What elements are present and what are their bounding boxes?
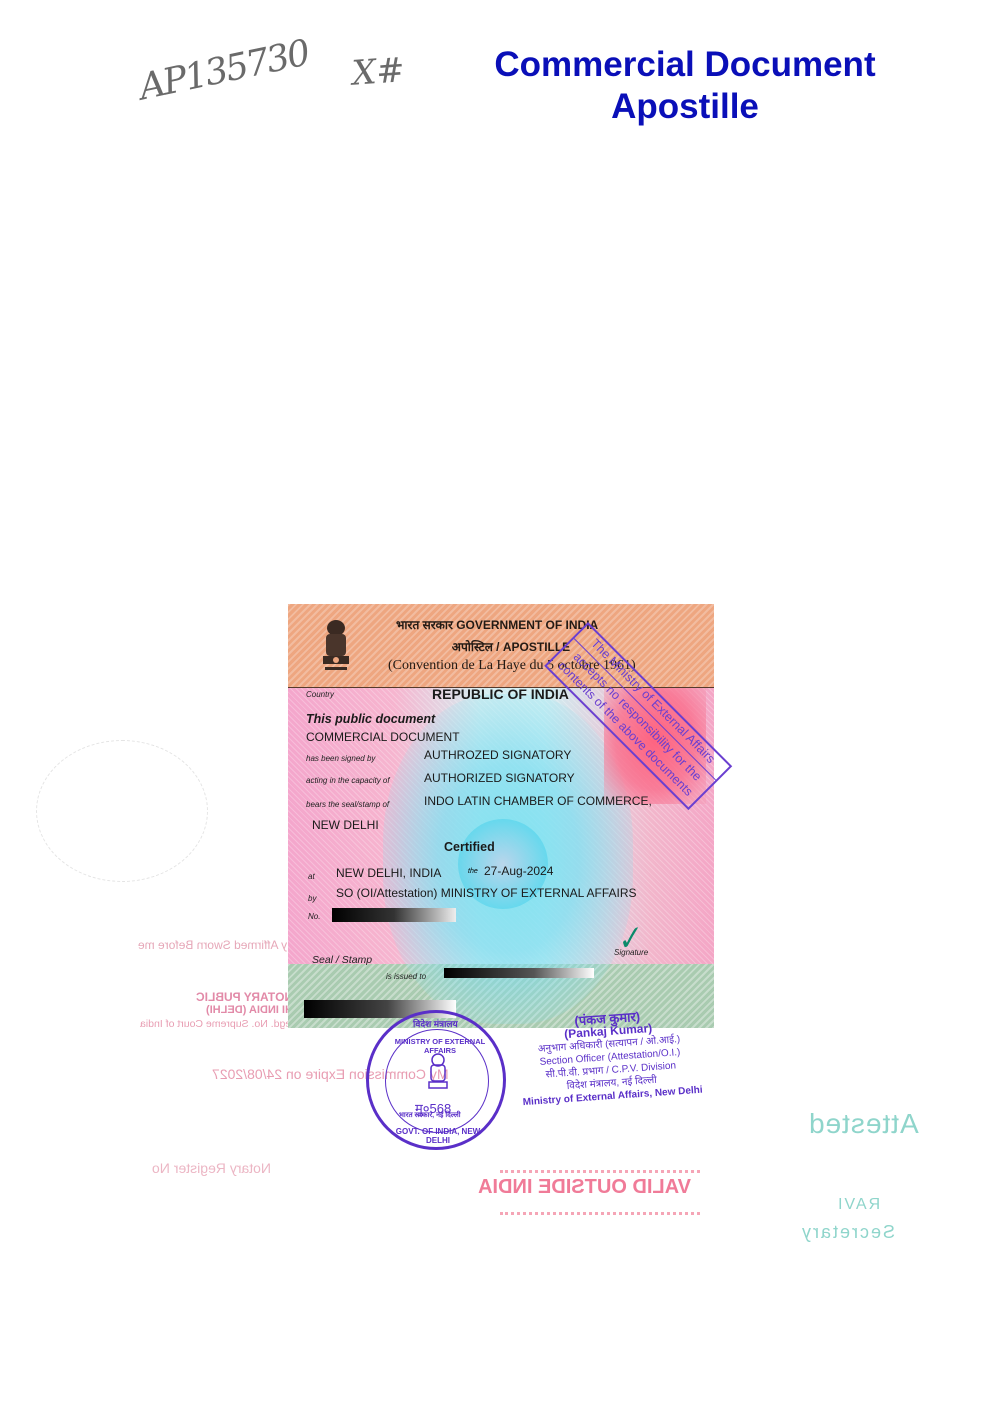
document-title: Commercial Document Apostille <box>440 44 930 128</box>
signature-label: Signature <box>614 948 648 957</box>
ministry-round-seal: विदेश मंत्रालय MINISTRY OF EXTERNAL AFFA… <box>366 1010 506 1150</box>
seal-bottom-hindi: भारत सरकार, नई दिल्ली <box>399 1111 461 1120</box>
the-label: the <box>468 868 478 875</box>
public-document-label: This public document <box>306 712 435 726</box>
seal-value: INDO LATIN CHAMBER OF COMMERCE, <box>424 794 652 808</box>
country-value: REPUBLIC OF INDIA <box>432 686 569 702</box>
faded-round-stamp <box>36 740 208 882</box>
redacted-issued-to <box>444 968 594 978</box>
seal-stamp-label: Seal / Stamp <box>312 954 372 966</box>
signatory-stamp: (पंकज कुमार) (Pankaj Kumar) अनुभाग अधिका… <box>497 1004 723 1110</box>
apostille-certificate: भारत सरकार GOVERNMENT OF INDIA अपोस्टिल … <box>288 604 714 1034</box>
certified-heading: Certified <box>444 840 495 854</box>
dotted-line-bottom <box>500 1212 700 1215</box>
faded-notary-line3: Regd. No. Supreme Court of India <box>140 1018 299 1030</box>
attested-role: Secretary <box>800 1222 895 1243</box>
handwritten-mark: X# <box>351 50 406 94</box>
handwritten-reference: AP135730 <box>136 33 312 109</box>
attested-name: RAVI <box>836 1196 880 1214</box>
header-apostille-line: अपोस्टिल / APOSTILLE <box>288 638 714 655</box>
seal-bottom-text: GOVT. OF INDIA, NEW DELHI <box>383 1127 493 1145</box>
dotted-line-top <box>500 1170 700 1173</box>
redacted-number <box>332 908 456 922</box>
certification-date: 27-Aug-2024 <box>484 864 553 878</box>
capacity-label: acting in the capacity of <box>306 776 390 785</box>
attested-stamp: Attested <box>808 1108 919 1140</box>
at-value: NEW DELHI, INDIA <box>336 866 441 880</box>
country-label: Country <box>306 690 334 699</box>
header-government-line: भारत सरकार GOVERNMENT OF INDIA <box>396 616 598 633</box>
signed-by-label: has been signed by <box>306 754 375 763</box>
document-title-line2: Apostille <box>440 86 930 128</box>
valid-outside-india-stamp: VALID OUTSIDE INDIA <box>478 1176 691 1199</box>
number-label: No. <box>308 912 320 921</box>
document-type: COMMERCIAL DOCUMENT <box>306 730 460 744</box>
by-value: SO (OI/Attestation) MINISTRY OF EXTERNAL… <box>336 886 637 900</box>
faded-register-text: Notary Register No <box>152 1160 271 1176</box>
seal-top-hindi: विदेश मंत्रालय <box>413 1017 458 1030</box>
capacity-value: AUTHORIZED SIGNATORY <box>424 771 575 785</box>
signed-by-value: AUTHROZED SIGNATORY <box>424 748 571 762</box>
seal-city: NEW DELHI <box>312 818 379 832</box>
document-title-line1: Commercial Document <box>440 44 930 86</box>
by-label: by <box>308 894 316 903</box>
seal-label: bears the seal/stamp of <box>306 800 389 809</box>
at-label: at <box>308 872 315 881</box>
seal-emblem-icon <box>425 1053 451 1093</box>
issued-to-label: is issued to <box>386 972 426 981</box>
faded-notary-line1: NOTARY PUBLIC <box>196 990 293 1004</box>
